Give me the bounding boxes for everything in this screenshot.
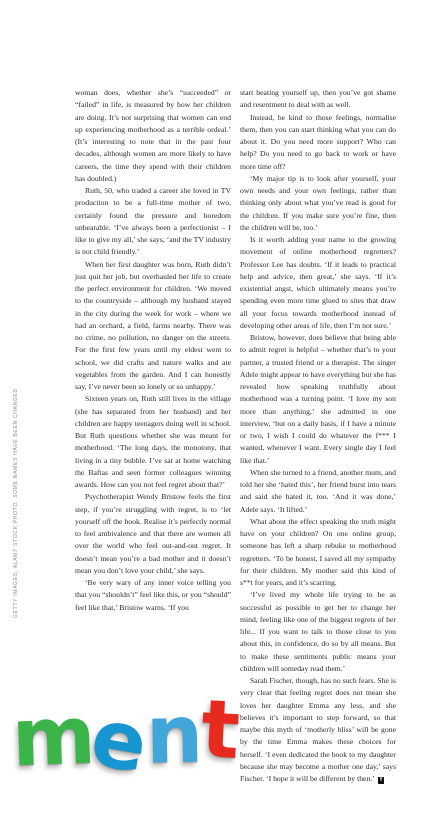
end-of-article-mark: Y: [378, 777, 385, 784]
article-paragraph: Instead, be kind to those feelings, norm…: [240, 112, 396, 173]
article-paragraph: Is it worth adding your name to the grow…: [240, 234, 396, 332]
article-body: woman does, whether she’s “succeeded” or…: [75, 87, 396, 785]
article-paragraph: Sarah Fischer, though, has no such fears…: [240, 675, 396, 785]
article-paragraph: Sixteen years on, Ruth still lives in th…: [75, 393, 231, 491]
article-paragraph: What about the effect speaking the truth…: [240, 516, 396, 590]
magnet-letter-e: e: [85, 690, 153, 791]
article-paragraph: woman does, whether she’s “succeeded” or…: [75, 87, 231, 185]
article-paragraph: ‘I’ve lived my whole life trying to be a…: [240, 589, 396, 675]
article-paragraph: Ruth, 50, who traded a career she loved …: [75, 185, 231, 259]
photo-credit: GETTY IMAGES, ALAMY STOCK PHOTO. SOME NA…: [13, 418, 21, 618]
magnet-letter-m: m: [10, 689, 95, 785]
right-column: start beating yourself up, then you’ve g…: [240, 87, 396, 785]
article-paragraph: Bristow, however, does believe that bein…: [240, 332, 396, 467]
article-paragraph: When her first daughter was born, Ruth d…: [75, 259, 231, 394]
article-paragraph: ‘My major tip is to look after yourself,…: [240, 173, 396, 234]
article-paragraph: ‘Be very wary of any inner voice telling…: [75, 577, 231, 614]
left-column: woman does, whether she’s “succeeded” or…: [75, 87, 231, 785]
magnet-letter-t: t: [199, 682, 240, 777]
article-paragraph: start beating yourself up, then you’ve g…: [240, 87, 396, 112]
article-paragraph: When she turned to a friend, another mum…: [240, 467, 396, 516]
magazine-page: GETTY IMAGES, ALAMY STOCK PHOTO. SOME NA…: [0, 0, 426, 828]
magnet-letters-photo: ment: [12, 690, 242, 810]
magnet-letter-n: n: [145, 688, 202, 782]
article-paragraph: Psychotherapist Wendy Bristow feels the …: [75, 491, 231, 577]
